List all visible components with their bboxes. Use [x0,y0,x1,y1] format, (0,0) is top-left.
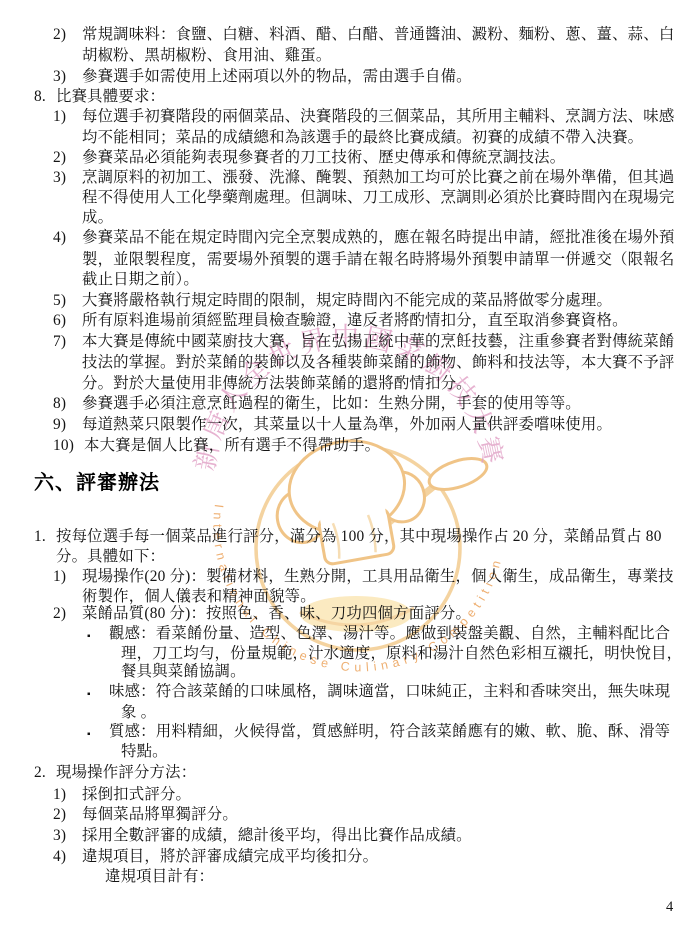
section-heading: 六、評審辦法 [34,466,160,495]
text-line: 現場操作(20 分)：製備材料，生熟分開，工具用品衛生，個人衛生，成品衛生，專業… [82,567,674,586]
text-line: 2) [53,25,66,44]
text-line: 特點。 [121,742,168,761]
text-line: 觀感：看菜餚份量、造型、色澤、湯汁等。應做到裝盤美觀、自然，主輔料配比合 [109,624,670,643]
text-line: 成。 [82,208,113,227]
text-line: 均不能相同；菜品的成績總和為該選手的最終比賽成績。初賽的成績不帶入決賽。 [82,128,643,147]
text-line: 烹調原料的初加工、漲發、洗滌、醃製、預熱加工均可於比賽之前在場外準備，但其過 [82,168,674,187]
text-line: 分。對於大量使用非傳統方法裝飾菜餚的還將酌情扣分。 [82,374,472,393]
text-line: 理，刀工均勻，份量規範，汁水適度，原料和湯汁自然色彩相互襯托，明快悅目， [121,644,682,663]
text-line: 參賽菜品必須能夠表現參賽者的刀工技術、歷史傳承和傳統烹調技法。 [82,148,565,167]
text-line: 本大賽是個人比賽，所有選手不得帶助手。 [84,436,380,455]
text-line: 技法的掌握。對於菜餚的裝飾以及各種裝飾菜餚的飾物、飾料和技法等，本大賽不予評 [82,353,674,372]
text-line: ▪ [87,682,91,704]
text-line: 常規調味料：食鹽、白糖、料酒、醋、白醋、普通醬油、澱粉、麵粉、蔥、薑、蒜、白 [82,25,674,44]
text-line: 胡椒粉、黑胡椒粉、食用油、雞蛋。 [82,46,331,65]
text-line: 製，並限製程度，需要場外預製的選手請在報名時將場外預製申請單一併遞交（限報名 [82,250,674,269]
text-line: 10) [53,436,74,455]
text-line: 1) [53,107,66,126]
text-line: 分。具體如下： [56,547,165,566]
text-line: 3) [53,168,66,187]
text-line: 餐具與菜餚協調。 [121,662,246,681]
text-line: 2) [53,805,66,824]
text-line: 大賽將嚴格執行規定時間的限制，規定時間內不能完成的菜品將做零分處理。 [82,291,612,310]
text-line: 採用全數評審的成績，總計後平均，得出比賽作品成績。 [82,826,472,845]
text-line: 每道熱菜只限製作一次，其菜量以十人量為準，外加兩人量供評委嚐味使用。 [82,415,612,434]
text-line: 4) [53,228,66,247]
text-line: 本大賽是傳統中國菜廚技大賽，旨在弘揚正統中華的烹飪技藝，注重參賽者對傳統菜餚 [82,332,674,351]
text-line: 每位選手初賽階段的兩個菜品、決賽階段的三個菜品，其所用主輔料、烹調方法、味感 [82,107,674,126]
text-line: 8) [53,394,66,413]
text-line: 採倒扣式評分。 [82,785,191,804]
text-line: 3) [53,826,66,845]
text-line: 味感：符合該菜餚的口味風格，調味適當，口味純正，主料和香味突出，無失味現 [109,682,670,701]
text-line: ▪ [87,722,91,744]
text-line: 1) [53,785,66,804]
text-line: 參賽菜品不能在規定時間內完全烹製成熟的，應在報名時提出申請，經批准後在場外預 [82,228,674,247]
page-number: 4 [666,899,673,916]
text-line: 截止日期之前）。 [82,270,199,289]
text-line: 違規項目，將於評審成績完成平均後扣分。 [82,847,378,866]
text-line: 3) [53,67,66,86]
text-line: 程不得使用人工化學藥劑處理。但調味、刀工成形、烹調則必須於比賽時間內在現場完 [82,188,674,207]
text-line: ▪ [87,624,91,646]
text-line: 1) [53,567,66,586]
text-line: 7) [53,332,66,351]
text-line: 菜餚品質(80 分)：按照色、香、味、刀功四個方面評分。 [82,604,471,623]
text-line: 現場操作評分方法： [56,763,196,782]
text-line: 參賽選手如需使用上述兩項以外的物品，需由選手自備。 [82,67,472,86]
text-line: 參賽選手必須注意烹飪過程的衛生，比如：生熟分開，手套的使用等等。 [82,394,581,413]
text-line: 5) [53,291,66,310]
text-line: 9) [53,415,66,434]
text-line: 象 。 [121,703,156,722]
text-line: 比賽具體要求： [56,87,165,106]
text-line: 違規項目計有： [105,867,214,886]
text-line: 質感：用料精細，火候得當，質感鮮明，符合該菜餚應有的嫩、軟、脆、酥、滑等 [109,722,670,741]
text-line: 4) [53,847,66,866]
text-line: 所有原料進場前須經監理員檢查驗證，違反者將酌情扣分，直至取消參賽資格。 [82,311,628,330]
text-line: 2. [34,763,46,782]
text-line: 1. [34,527,46,546]
text-line: 按每位選手每一個菜品進行評分，滿分為 100 分，其中現場操作占 20 分，菜餚… [56,527,662,546]
text-line: 2) [53,148,66,167]
text-line: 6) [53,311,66,330]
text-layer: 六、評審辦法 2)常規調味料：食鹽、白糖、料酒、醋、白醋、普通醬油、澱粉、麵粉、… [0,0,700,934]
text-line: 8. [34,87,46,106]
document-page: 新唐人全世界中國菜廚技大賽 International Chinese Culi… [0,0,700,934]
text-line: 每個菜品將單獨評分。 [82,805,238,824]
text-line: 2) [53,604,66,623]
